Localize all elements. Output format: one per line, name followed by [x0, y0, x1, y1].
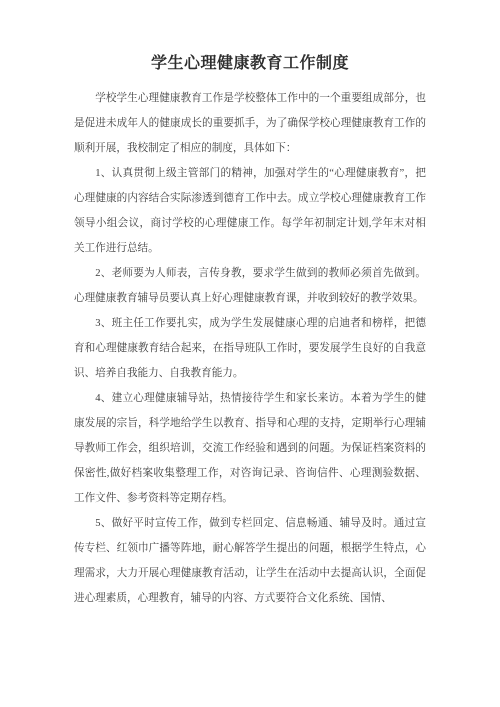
document-title: 学生心理健康教育工作制度	[74, 50, 426, 78]
document-page: 学生心理健康教育工作制度 学校学生心理健康教育工作是学校整体工作中的一个重要组成…	[0, 0, 500, 707]
paragraph-item-1: 1、认真贯彻上级主管部门的精神，加强对学生的“心理健康教育”，把心理健康的内容结…	[74, 161, 426, 261]
paragraph-intro: 学校学生心理健康教育工作是学校整体工作中的一个重要组成部分，也是促进未成年人的健…	[74, 86, 426, 161]
paragraph-item-3: 3、班主任工作要扎实，成为学生发展健康心理的启迪者和榜样，把德育和心理健康教育结…	[74, 311, 426, 386]
paragraph-item-4: 4、建立心理健康辅导站，热情接待学生和家长来访。本着为学生的健康发展的宗旨，科学…	[74, 386, 426, 511]
document-content: 学生心理健康教育工作制度 学校学生心理健康教育工作是学校整体工作中的一个重要组成…	[74, 0, 426, 611]
paragraph-item-2: 2、老师要为人师表，言传身教，要求学生做到的教师必须首先做到。心理健康教育辅导员…	[74, 261, 426, 311]
paragraph-item-5: 5、做好平时宣传工作，做到专栏回定、信息畅通、辅导及时。通过宣传专栏、红领巾广播…	[74, 511, 426, 611]
